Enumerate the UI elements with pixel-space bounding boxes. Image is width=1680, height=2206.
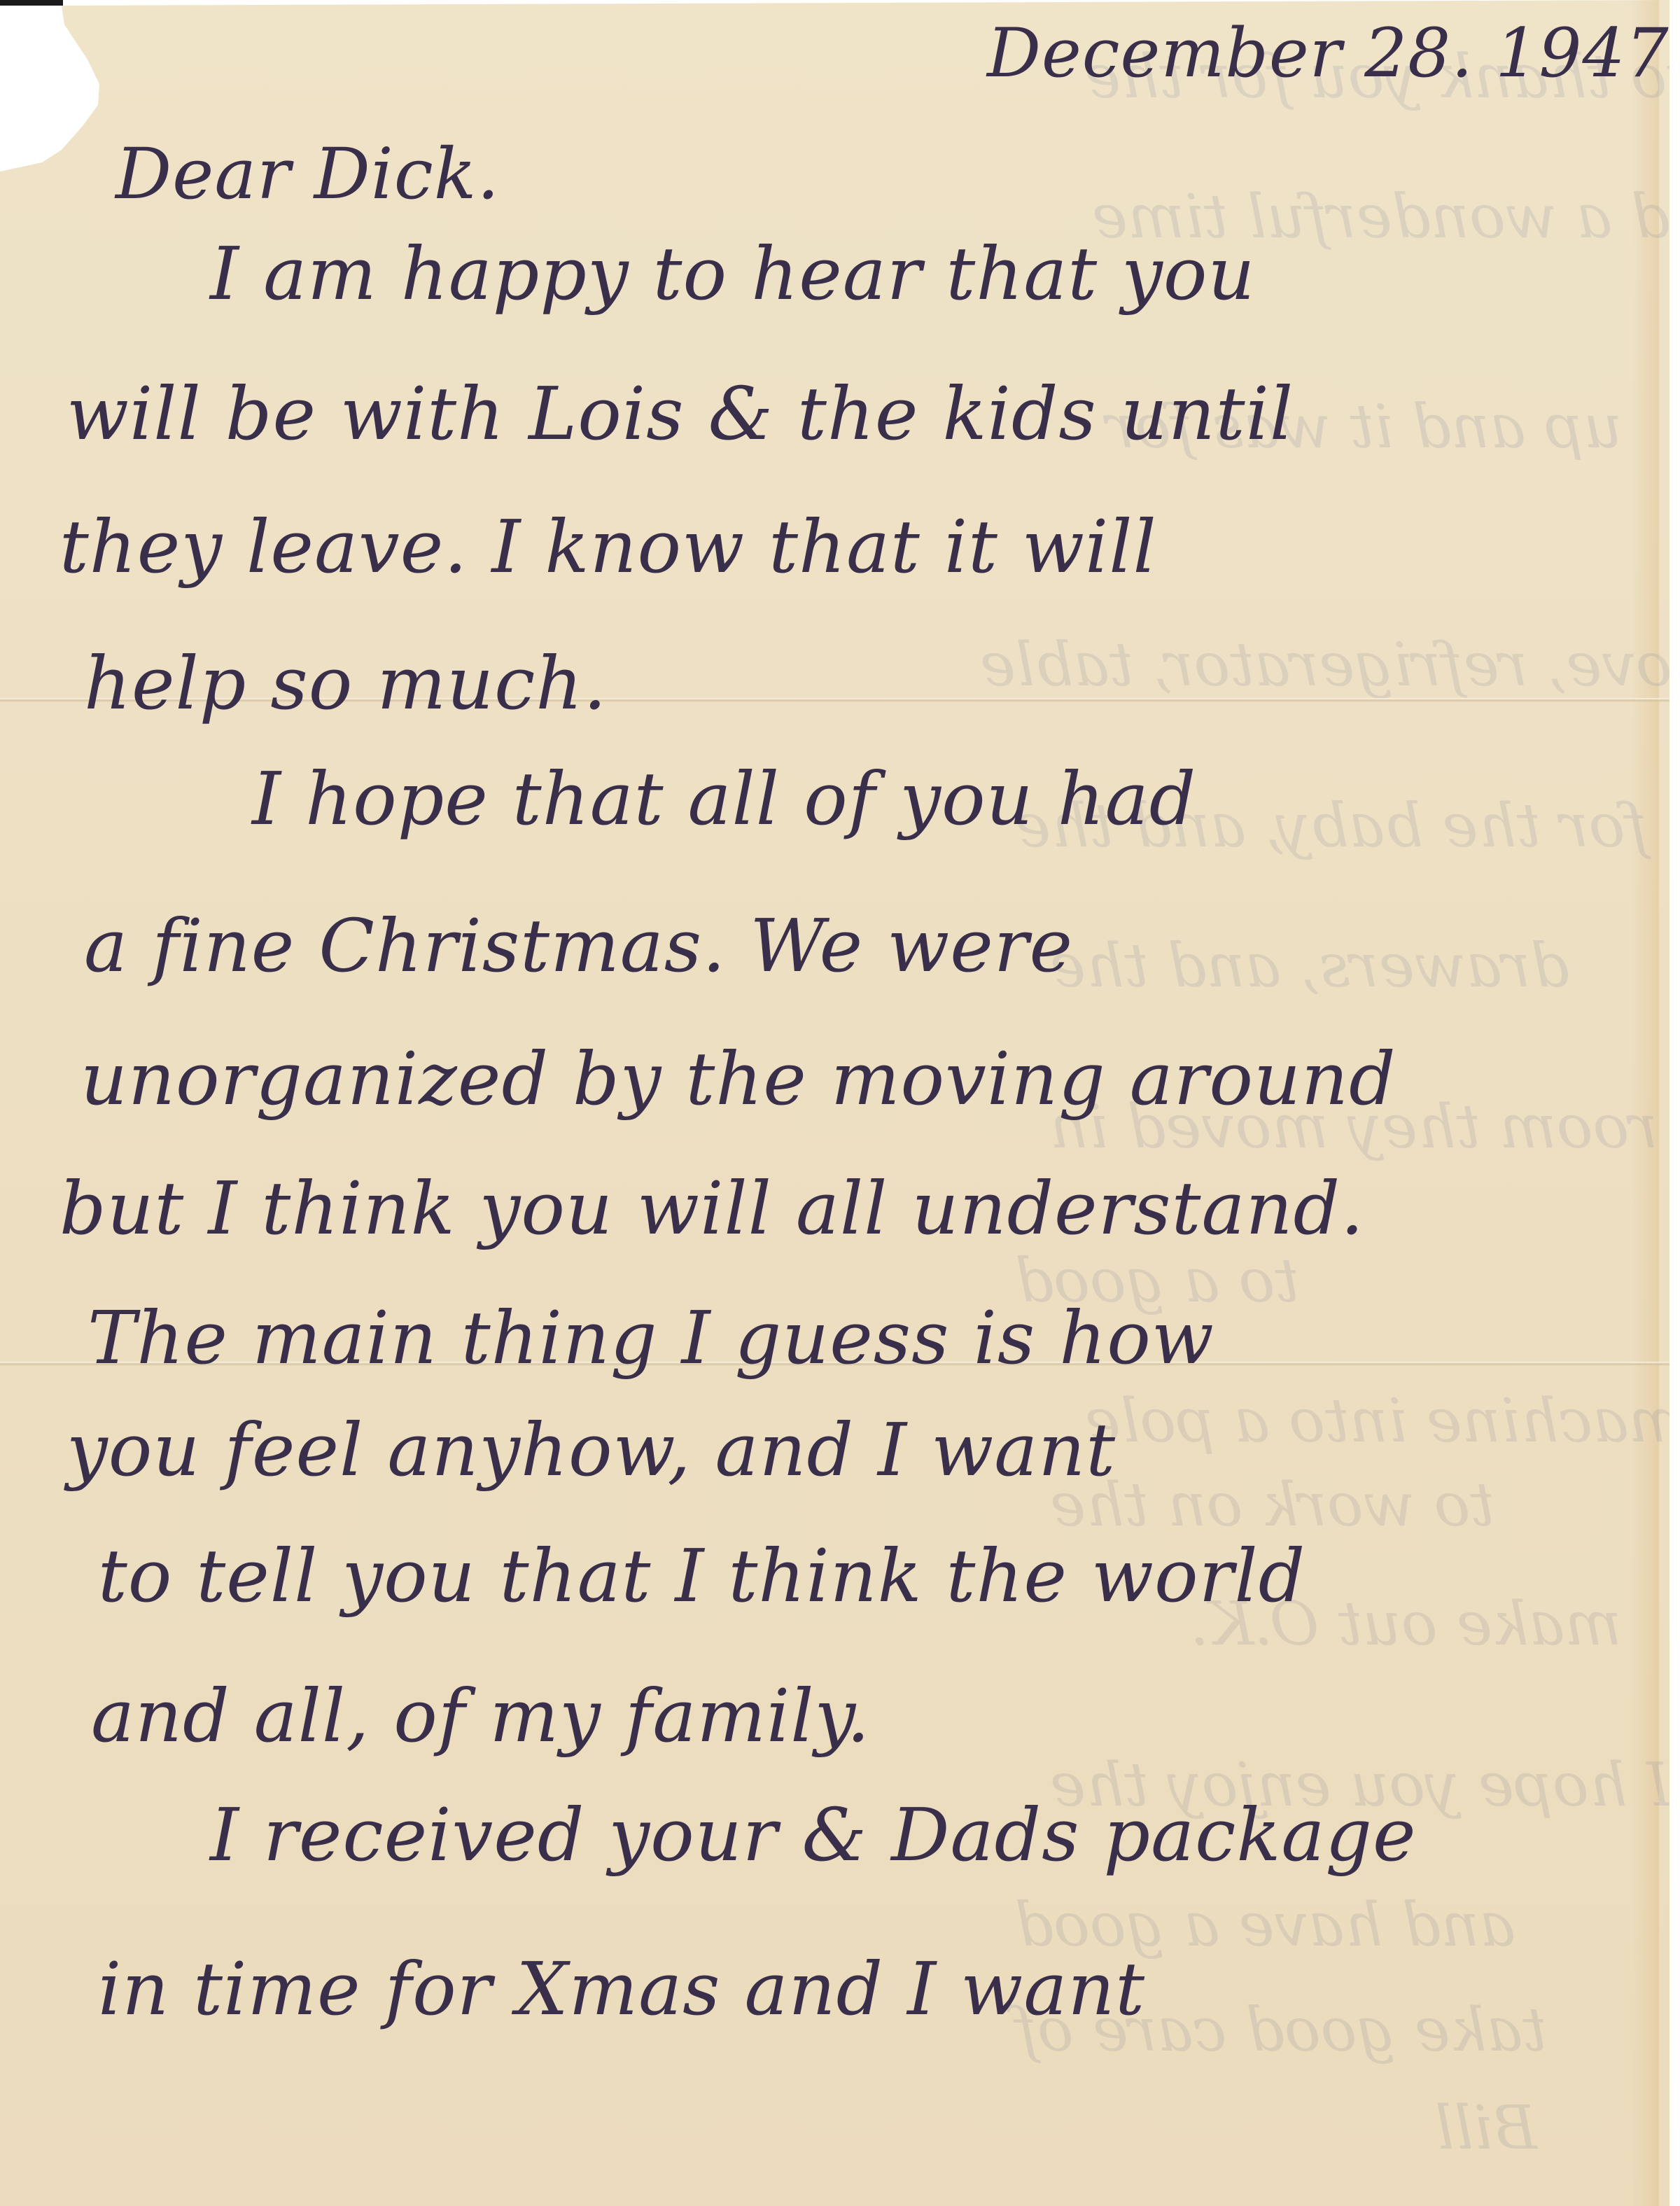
bleed-through-text: Bill (1435, 2093, 1537, 2163)
letter-line: I am happy to hear that you (210, 231, 1256, 316)
letter-line: unorganized by the moving around (80, 1036, 1396, 1122)
letter-line: I hope that all of you had (252, 756, 1196, 842)
bleed-through-text: machine into a pole (1085, 1386, 1680, 1456)
letter-line: in time for Xmas and I want (98, 1946, 1145, 2032)
bleed-through-text: to work on the (1050, 1470, 1494, 1540)
bleed-through-text: drawers, and the (1050, 931, 1569, 1001)
letter-line: but I think you will all understand. (59, 1166, 1364, 1251)
letter-line: they leave. I know that it will (59, 504, 1157, 589)
letter-line: The main thing I guess is how (87, 1295, 1214, 1381)
letter-line: help so much. (84, 641, 607, 726)
letter-line: you feel anyhow, and I want (66, 1407, 1116, 1493)
letter-page: to thank you for the and a wonderful tim… (0, 0, 1669, 2206)
letter-line: I received your & Dads package (210, 1792, 1417, 1878)
bleed-through-text: stove, refrigerator, table (980, 630, 1680, 700)
letter-line: will be with Lois & the kids until (66, 371, 1294, 456)
letter-salutation: Dear Dick. (115, 133, 500, 215)
scan-border (0, 0, 63, 6)
letter-line: and all, of my family. (91, 1673, 871, 1759)
letter-date: December 28. 1947 (987, 14, 1669, 92)
letter-line: a fine Christmas. We were (84, 903, 1073, 989)
letter-line: to tell you that I think the world (98, 1533, 1305, 1619)
